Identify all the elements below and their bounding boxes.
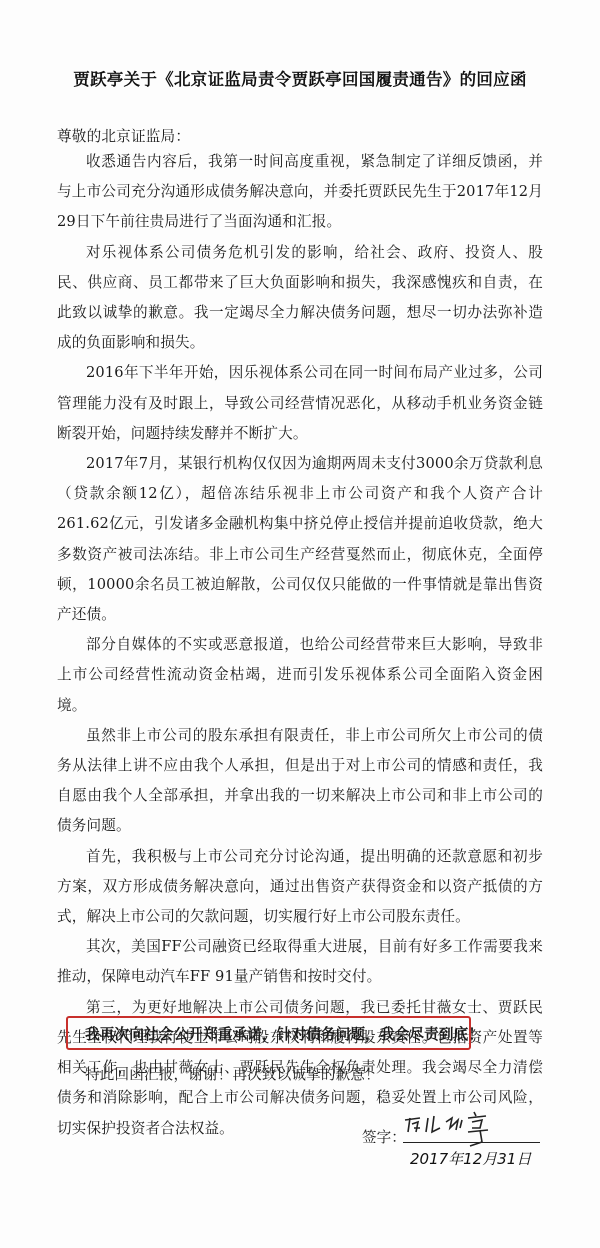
document-title: 贾跃亭关于《北京证监局责令贾跃亭回国履责通告》的回应函 — [0, 66, 600, 90]
highlighted-commitment: 我再次向社会公开郑重承诺，针对债务问题，我会尽责到底！ — [85, 1023, 483, 1044]
signature-line — [403, 1142, 540, 1143]
paragraph-apology: 对乐视体系公司债务危机引发的影响，给社会、政府、投资人、股民、供应商、员工都带来… — [57, 238, 543, 359]
closing-line: 特此回函汇报，谢谢！再次致以诚挚的歉意！ — [85, 1063, 380, 1084]
paragraph-personal-responsibility: 虽然非上市公司的股东承担有限责任，非上市公司所欠上市公司的债务从法律上讲不应由我… — [57, 721, 543, 842]
handwritten-date: 2017年12月31日 — [410, 1148, 531, 1169]
paragraph-media-impact: 部分自媒体的不实或恶意报道，也给公司经营带来巨大影响，导致非上市公司经营性流动资… — [57, 630, 543, 721]
paragraph-acknowledgement: 收悉通告内容后，我第一时间高度重视，紧急制定了详细反馈函，并与上市公司充分沟通形… — [57, 147, 543, 238]
letter-page: 贾跃亭关于《北京证监局责令贾跃亭回国履责通告》的回应函 尊敬的北京证监局： 收悉… — [0, 0, 600, 1248]
letter-body: 收悉通告内容后，我第一时间高度重视，紧急制定了详细反馈函，并与上市公司充分沟通形… — [57, 147, 543, 1144]
paragraph-background-2016: 2016年下半年开始，因乐视体系公司在同一时间布局产业过多，公司管理能力没有及时… — [57, 358, 543, 449]
paragraph-bank-freeze-2017: 2017年7月，某银行机构仅仅因为逾期两周未支付3000余万贷款利息（贷款余额1… — [57, 449, 543, 630]
paragraph-first-measure: 首先，我积极与上市公司充分讨论沟通，提出明确的还款意愿和初步方案，双方形成债务解… — [57, 842, 543, 933]
paragraph-second-measure: 其次，美国FF公司融资已经取得重大进展，目前有好多工作需要我来推动，保障电动汽车… — [57, 932, 543, 992]
salutation: 尊敬的北京证监局： — [57, 125, 190, 146]
